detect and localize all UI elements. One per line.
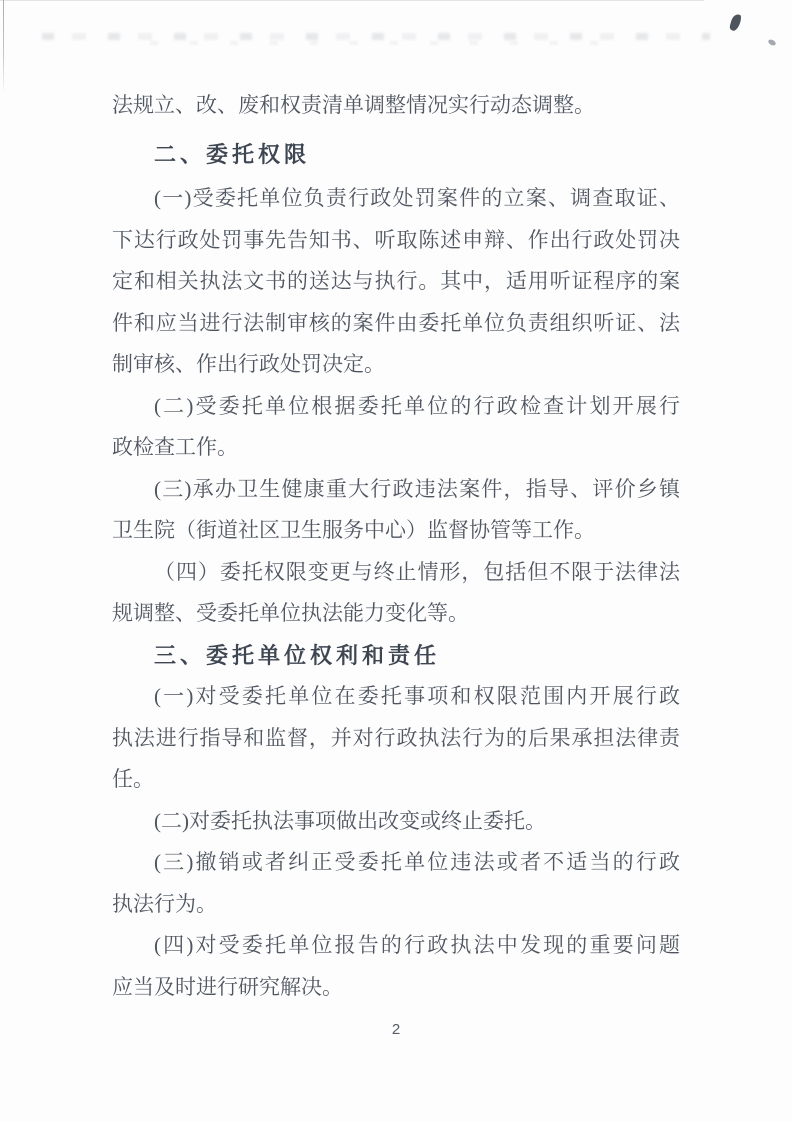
text-column: 法规立、改、废和权责清单调整情况实行动态调整。 二、委托权限 (一)受委托单位负…	[112, 85, 680, 1008]
body-text-line: 规调整、受委托单位执法能力变化等。	[112, 593, 680, 635]
ink-speck-dot	[767, 38, 776, 46]
scan-smudge-band	[42, 33, 710, 40]
body-text-line: 任。	[112, 759, 680, 801]
scan-left-edge-line	[3, 0, 4, 94]
body-text-line: 制审核、作出行政处罚决定。	[112, 344, 680, 386]
section-heading: 二、委托权限	[112, 134, 680, 176]
body-text-line: (二)受委托单位根据委托单位的行政检查计划开展行	[112, 386, 680, 428]
section-heading: 三、委托单位权利和责任	[112, 635, 680, 677]
scan-top-edge-line	[0, 0, 704, 1]
document-page: 法规立、改、废和权责清单调整情况实行动态调整。 二、委托权限 (一)受委托单位负…	[0, 0, 792, 1121]
page-number: 2	[112, 1020, 680, 1040]
body-text-line: 件和应当进行法制审核的案件由委托单位负责组织听证、法	[112, 303, 680, 345]
body-text-line: 政检查工作。	[112, 427, 680, 469]
body-text-line: (一)对受委托单位在委托事项和权限范围内开展行政	[112, 676, 680, 718]
body-text-line: 应当及时进行研究解决。	[112, 967, 680, 1009]
body-text-line: 执法进行指导和监督，并对行政执法行为的后果承担法律责	[112, 718, 680, 760]
body-text-line: (三)承办卫生健康重大行政违法案件，指导、评价乡镇	[112, 469, 680, 511]
body-text-line: （四）委托权限变更与终止情形，包括但不限于法律法	[112, 552, 680, 594]
body-text-line: 执法行为。	[112, 884, 680, 926]
body-text-line: 卫生院（街道社区卫生服务中心）监督协管等工作。	[112, 510, 680, 552]
body-text-line: 下达行政处罚事先告知书、听取陈述申辩、作出行政处罚决	[112, 220, 680, 262]
body-text-line: (四)对受委托单位报告的行政执法中发现的重要问题	[112, 925, 680, 967]
body-text-line: (三)撤销或者纠正受委托单位违法或者不适当的行政	[112, 842, 680, 884]
body-text-line: 定和相关执法文书的送达与执行。其中，适用听证程序的案	[112, 261, 680, 303]
scan-smudge-band-secondary	[150, 41, 630, 45]
body-text-line: 法规立、改、废和权责清单调整情况实行动态调整。	[112, 85, 680, 127]
body-text-line: (一)受委托单位负责行政处罚案件的立案、调查取证、	[112, 178, 680, 220]
ink-speck-mark	[729, 13, 742, 32]
body-text-line: (二)对委托执法事项做出改变或终止委托。	[112, 801, 680, 843]
